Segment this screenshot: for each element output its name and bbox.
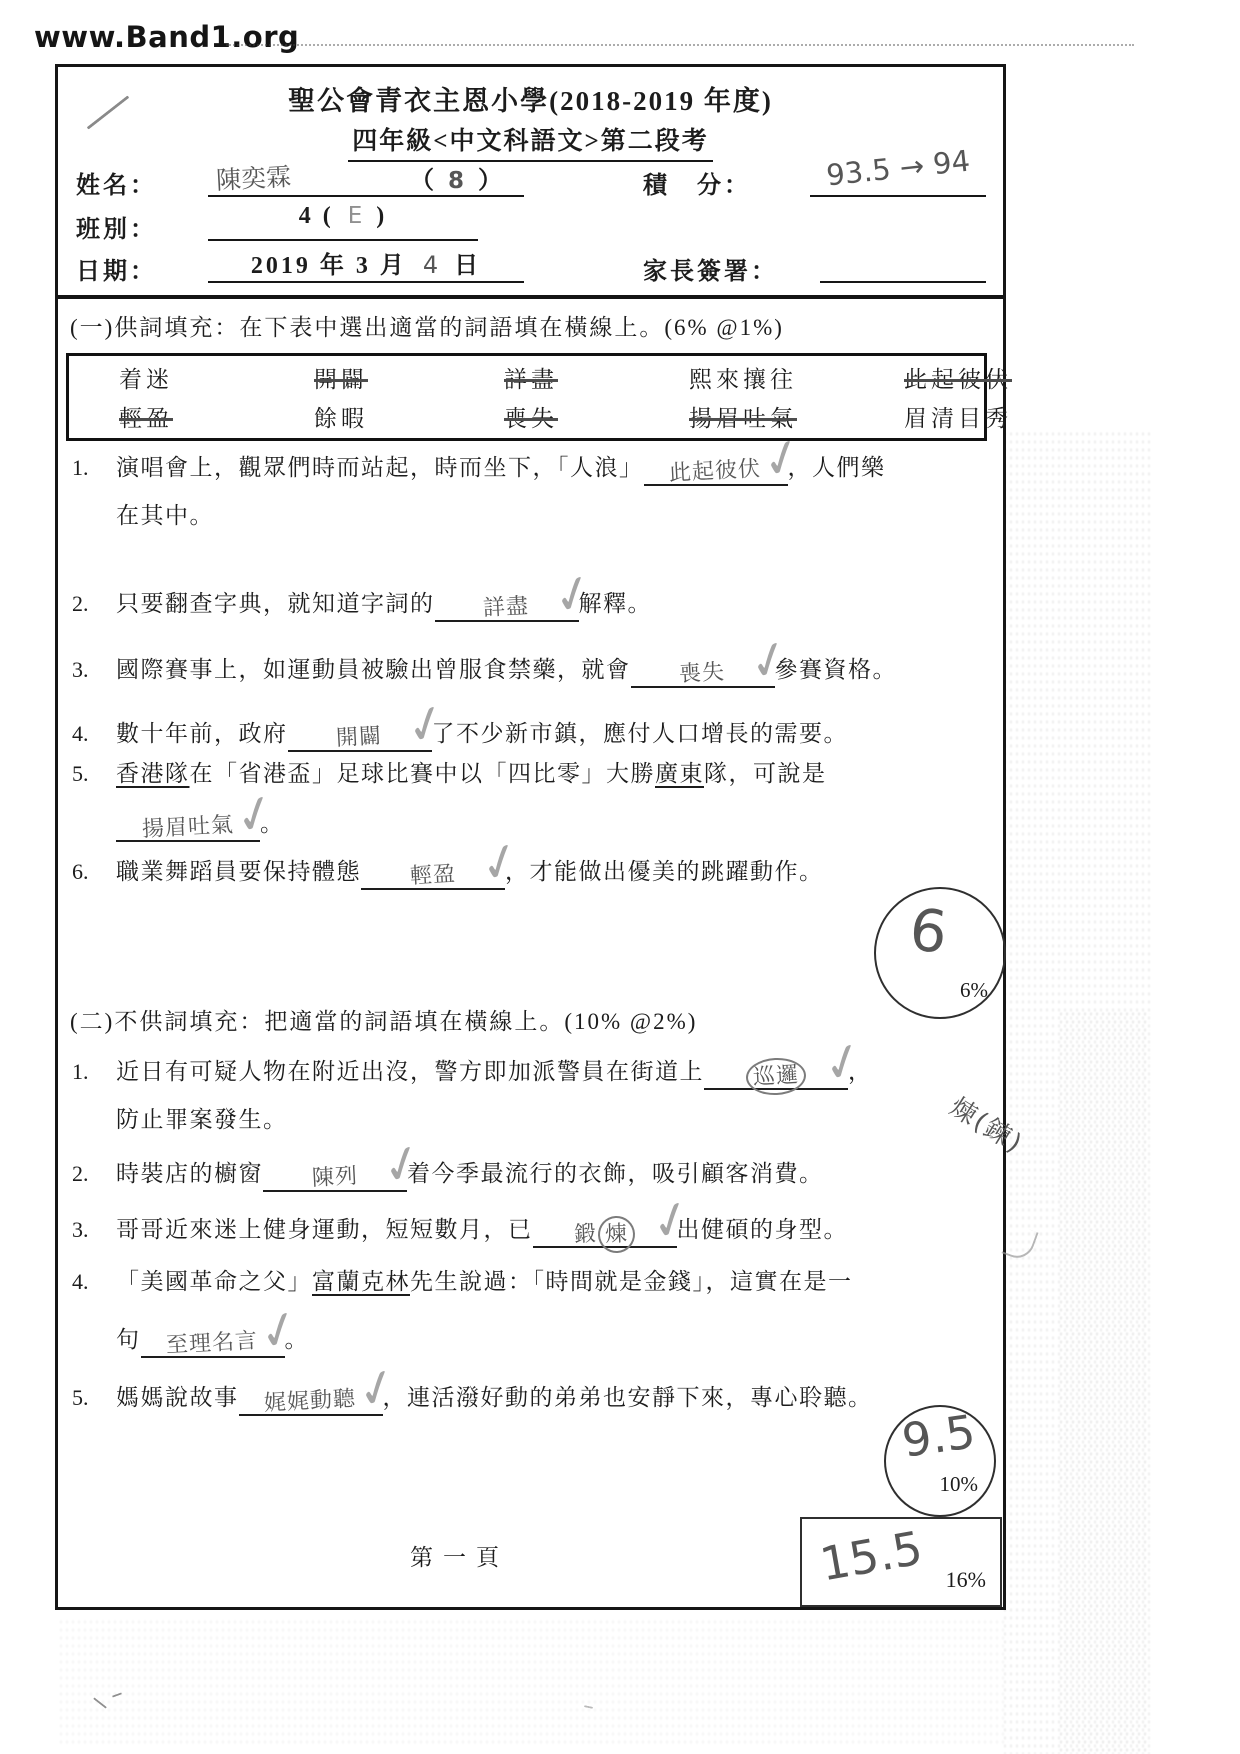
- question-row: 2.只要翻查字典，就知道字詞的詳盡✓解釋。: [72, 587, 990, 622]
- question-text: ，才能做出優美的跳躍動作。: [505, 859, 824, 884]
- question-text: 媽媽說故事: [116, 1385, 239, 1410]
- question-row: 4.數十年前，政府開闢✓了不少新市鎮，應付人口增長的需要。: [72, 717, 990, 752]
- word-bank-word: 輕盈: [119, 400, 314, 433]
- class-field: 4 ( E ): [208, 203, 478, 241]
- question-text: 參賽資格。: [775, 657, 898, 682]
- handwritten-answer: 陳列: [311, 1159, 359, 1194]
- handwritten-answer: 輕盈: [409, 857, 457, 892]
- handwritten-name: 陳奕霖: [215, 157, 292, 197]
- score-field: 93.5 → 94: [810, 151, 986, 197]
- question-text: 。: [285, 1327, 310, 1352]
- watermark: www.Band1.org: [34, 20, 299, 54]
- answer-blank: 喪失✓: [631, 656, 775, 688]
- handwritten-section1-score: 6: [907, 895, 951, 966]
- handwritten-answer: 喪失: [679, 655, 727, 690]
- word-bank-word: 揚眉吐氣: [689, 400, 904, 433]
- question-text: 職業舞蹈員要保持體態: [116, 859, 361, 884]
- header-divider: [58, 295, 1003, 299]
- page-number: 第一頁: [410, 1539, 509, 1572]
- handwritten-answer: 至理名言: [166, 1324, 260, 1362]
- question-text: 隊，可說是: [704, 761, 827, 786]
- word-bank-table: 着迷 開闢 詳盡 熙來攘往 此起彼伏 輕盈 餘暇 喪失 揚眉吐氣 眉清目秀: [66, 353, 987, 441]
- scan-noise-band: [1058, 1010, 1150, 1754]
- question-row-continued: 揚眉吐氣✓。: [72, 807, 1034, 842]
- handwritten-total-score: 15.5: [816, 1521, 926, 1592]
- handwritten-answer: 開闢: [336, 719, 384, 754]
- question-text: 近日有可疑人物在附近出沒，警方即加派警員在街道上: [116, 1059, 704, 1084]
- question-text: 廣東: [655, 761, 704, 786]
- answer-blank: 輕盈✓: [361, 858, 505, 890]
- section1-score-circle: 6 6%: [874, 887, 1006, 1019]
- question-text: 在「省港盃」足球比賽中以「四比零」大勝: [190, 761, 656, 786]
- handwritten-answer-circled: 煉: [597, 1215, 636, 1254]
- question-text: 先生說過：「時間就是金錢」，這實在是一: [410, 1269, 853, 1294]
- question-number: 1.: [72, 1055, 116, 1088]
- question-text: 國際賽事上，如運動員被驗出曾服食禁藥，就會: [116, 657, 631, 682]
- parent-signature-field: [820, 245, 986, 283]
- school-title: 聖公會青衣主恩小學(2018-2019 年度): [58, 79, 1003, 118]
- answer-blank: 此起彼伏✓: [644, 454, 788, 486]
- answer-blank: 至理名言✓: [141, 1326, 285, 1358]
- name-label: 姓名：: [76, 165, 157, 200]
- question-text: 出健碩的身型。: [677, 1217, 849, 1242]
- question-text: 「美國革命之父」: [116, 1269, 312, 1294]
- question-text: ，人們樂: [788, 455, 886, 480]
- answer-blank: 開闢✓: [288, 720, 432, 752]
- class-label: 班別：: [76, 209, 157, 244]
- word-bank-word: 開闢: [314, 361, 504, 394]
- question-text: 在其中。: [116, 503, 214, 528]
- total-score-box: 15.5 16%: [800, 1517, 1002, 1607]
- question-text: 解釋。: [579, 591, 653, 616]
- scanned-exam-page: www.Band1.org 聖公會青衣主恩小學(2018-2019 年度) 四年…: [0, 0, 1240, 1754]
- handwritten-answer: 詳盡: [483, 589, 531, 624]
- question-number: 4.: [72, 717, 116, 750]
- word-bank-word: 喪失: [504, 400, 689, 433]
- section2-score-percent: 10%: [940, 1472, 979, 1497]
- scan-noise-band: [58, 1618, 1008, 1748]
- handwritten-answer: 鍛: [574, 1217, 599, 1251]
- handwritten-answer: 揚眉吐氣: [141, 808, 235, 846]
- word-bank-word: 熙來攘往: [689, 361, 904, 394]
- answer-blank: 巡邏✓: [704, 1058, 848, 1090]
- handwritten-answer: 此起彼伏: [669, 452, 763, 490]
- handwritten-date-day: 4: [411, 251, 450, 279]
- question-row: 1.近日有可疑人物在附近出沒，警方即加派警員在街道上巡邏✓，: [72, 1055, 990, 1090]
- question-text: 句: [116, 1327, 141, 1352]
- handwritten-class-letter: E: [338, 203, 373, 229]
- question-number: 5.: [72, 1381, 116, 1414]
- handwritten-section2-score: 9.5: [899, 1404, 979, 1468]
- answer-blank: 陳列✓: [263, 1160, 407, 1192]
- handwritten-answer: 巡邏: [745, 1056, 807, 1096]
- question-text: 防止罪案發生。: [116, 1107, 288, 1132]
- question-number: 1.: [72, 451, 116, 484]
- section2-score-circle: 9.5 10%: [884, 1405, 996, 1517]
- question-number: 3.: [72, 1213, 116, 1246]
- answer-blank: 鍛煉✓: [533, 1216, 677, 1248]
- question-text: 着今季最流行的衣飾，吸引顧客消費。: [407, 1161, 824, 1186]
- question-number: 2.: [72, 1157, 116, 1190]
- exam-paper-frame: 聖公會青衣主恩小學(2018-2019 年度) 四年級<中文科語文>第二段考 姓…: [55, 64, 1006, 1610]
- question-number: 6.: [72, 855, 116, 888]
- parent-signature-label: 家長簽署：: [643, 251, 778, 286]
- section1-score-percent: 6%: [960, 978, 988, 1003]
- section2-heading: (二)不供詞填充：把適當的詞語填在橫線上。(10% @2%): [70, 1003, 697, 1036]
- question-row: 3.哥哥近來迷上健身運動，短短數月，已鍛煉✓出健碩的身型。: [72, 1213, 990, 1248]
- name-field: 陳奕霖 （8）: [208, 159, 524, 197]
- question-row-continued: 句至理名言✓。: [72, 1323, 1034, 1358]
- scan-noise-line: [226, 44, 1134, 46]
- word-bank-word: 着迷: [119, 361, 314, 394]
- question-number: 3.: [72, 653, 116, 686]
- question-row: 5.媽媽說故事娓娓動聽✓，連活潑好動的弟弟也安靜下來，專心聆聽。: [72, 1381, 990, 1416]
- handwritten-seat-number: 8: [448, 168, 478, 194]
- answer-blank: 詳盡✓: [435, 590, 579, 622]
- question-number: 2.: [72, 587, 116, 620]
- answer-blank: 娓娓動聽✓: [239, 1384, 383, 1416]
- question-text: 只要翻查字典，就知道字詞的: [116, 591, 435, 616]
- total-score-percent: 16%: [946, 1567, 986, 1593]
- question-text: 富蘭克林: [312, 1269, 410, 1294]
- word-bank-word: 眉清目秀: [904, 400, 1012, 433]
- word-bank-word: 此起彼伏: [904, 361, 1012, 394]
- word-bank-word: 餘暇: [314, 400, 504, 433]
- question-row-continued: 防止罪案發生。: [72, 1103, 1034, 1138]
- question-text: 哥哥近來迷上健身運動，短短數月，已: [116, 1217, 533, 1242]
- question-text: 演唱會上，觀眾們時而站起，時而坐下，「人浪」: [116, 455, 644, 480]
- seat-number-field: （8）: [410, 160, 516, 195]
- question-text: 。: [260, 811, 285, 836]
- date-label: 日期：: [76, 251, 157, 286]
- question-row: 1.演唱會上，觀眾們時而站起，時而坐下，「人浪」此起彼伏✓，人們樂: [72, 451, 990, 486]
- answer-blank: 揚眉吐氣✓: [116, 810, 260, 842]
- question-number: 4.: [72, 1265, 116, 1298]
- word-bank-word: 詳盡: [504, 361, 689, 394]
- question-row: 3.國際賽事上，如運動員被驗出曾服食禁藥，就會喪失✓參賽資格。: [72, 653, 990, 688]
- question-row: 6.職業舞蹈員要保持體態輕盈✓，才能做出優美的跳躍動作。: [72, 855, 990, 890]
- question-text: 了不少新市鎮，應付人口增長的需要。: [432, 721, 849, 746]
- date-field: 2019 年 3 月 4 日: [208, 245, 524, 283]
- question-text: 香港隊: [116, 761, 190, 786]
- score-label: 積 分：: [643, 165, 751, 200]
- handwritten-answer: 娓娓動聽: [264, 1382, 358, 1420]
- question-number: 5.: [72, 757, 116, 790]
- question-text: 數十年前，政府: [116, 721, 288, 746]
- question-row: 4.「美國革命之父」富蘭克林先生說過：「時間就是金錢」，這實在是一: [72, 1265, 990, 1300]
- section1-heading: (一)供詞填充：在下表中選出適當的詞語填在橫線上。(6% @1%): [70, 309, 784, 342]
- question-row: 2.時裝店的櫥窗陳列✓着今季最流行的衣飾，吸引顧客消費。: [72, 1157, 990, 1192]
- question-text: 時裝店的櫥窗: [116, 1161, 263, 1186]
- handwritten-score: 93.5 → 94: [825, 144, 972, 193]
- question-text: ，: [848, 1059, 873, 1084]
- question-row: 5.香港隊在「省港盃」足球比賽中以「四比零」大勝廣東隊，可說是: [72, 757, 990, 792]
- question-text: ，連活潑好動的弟弟也安靜下來，專心聆聽。: [383, 1385, 873, 1410]
- question-row-continued: 在其中。: [72, 499, 1034, 534]
